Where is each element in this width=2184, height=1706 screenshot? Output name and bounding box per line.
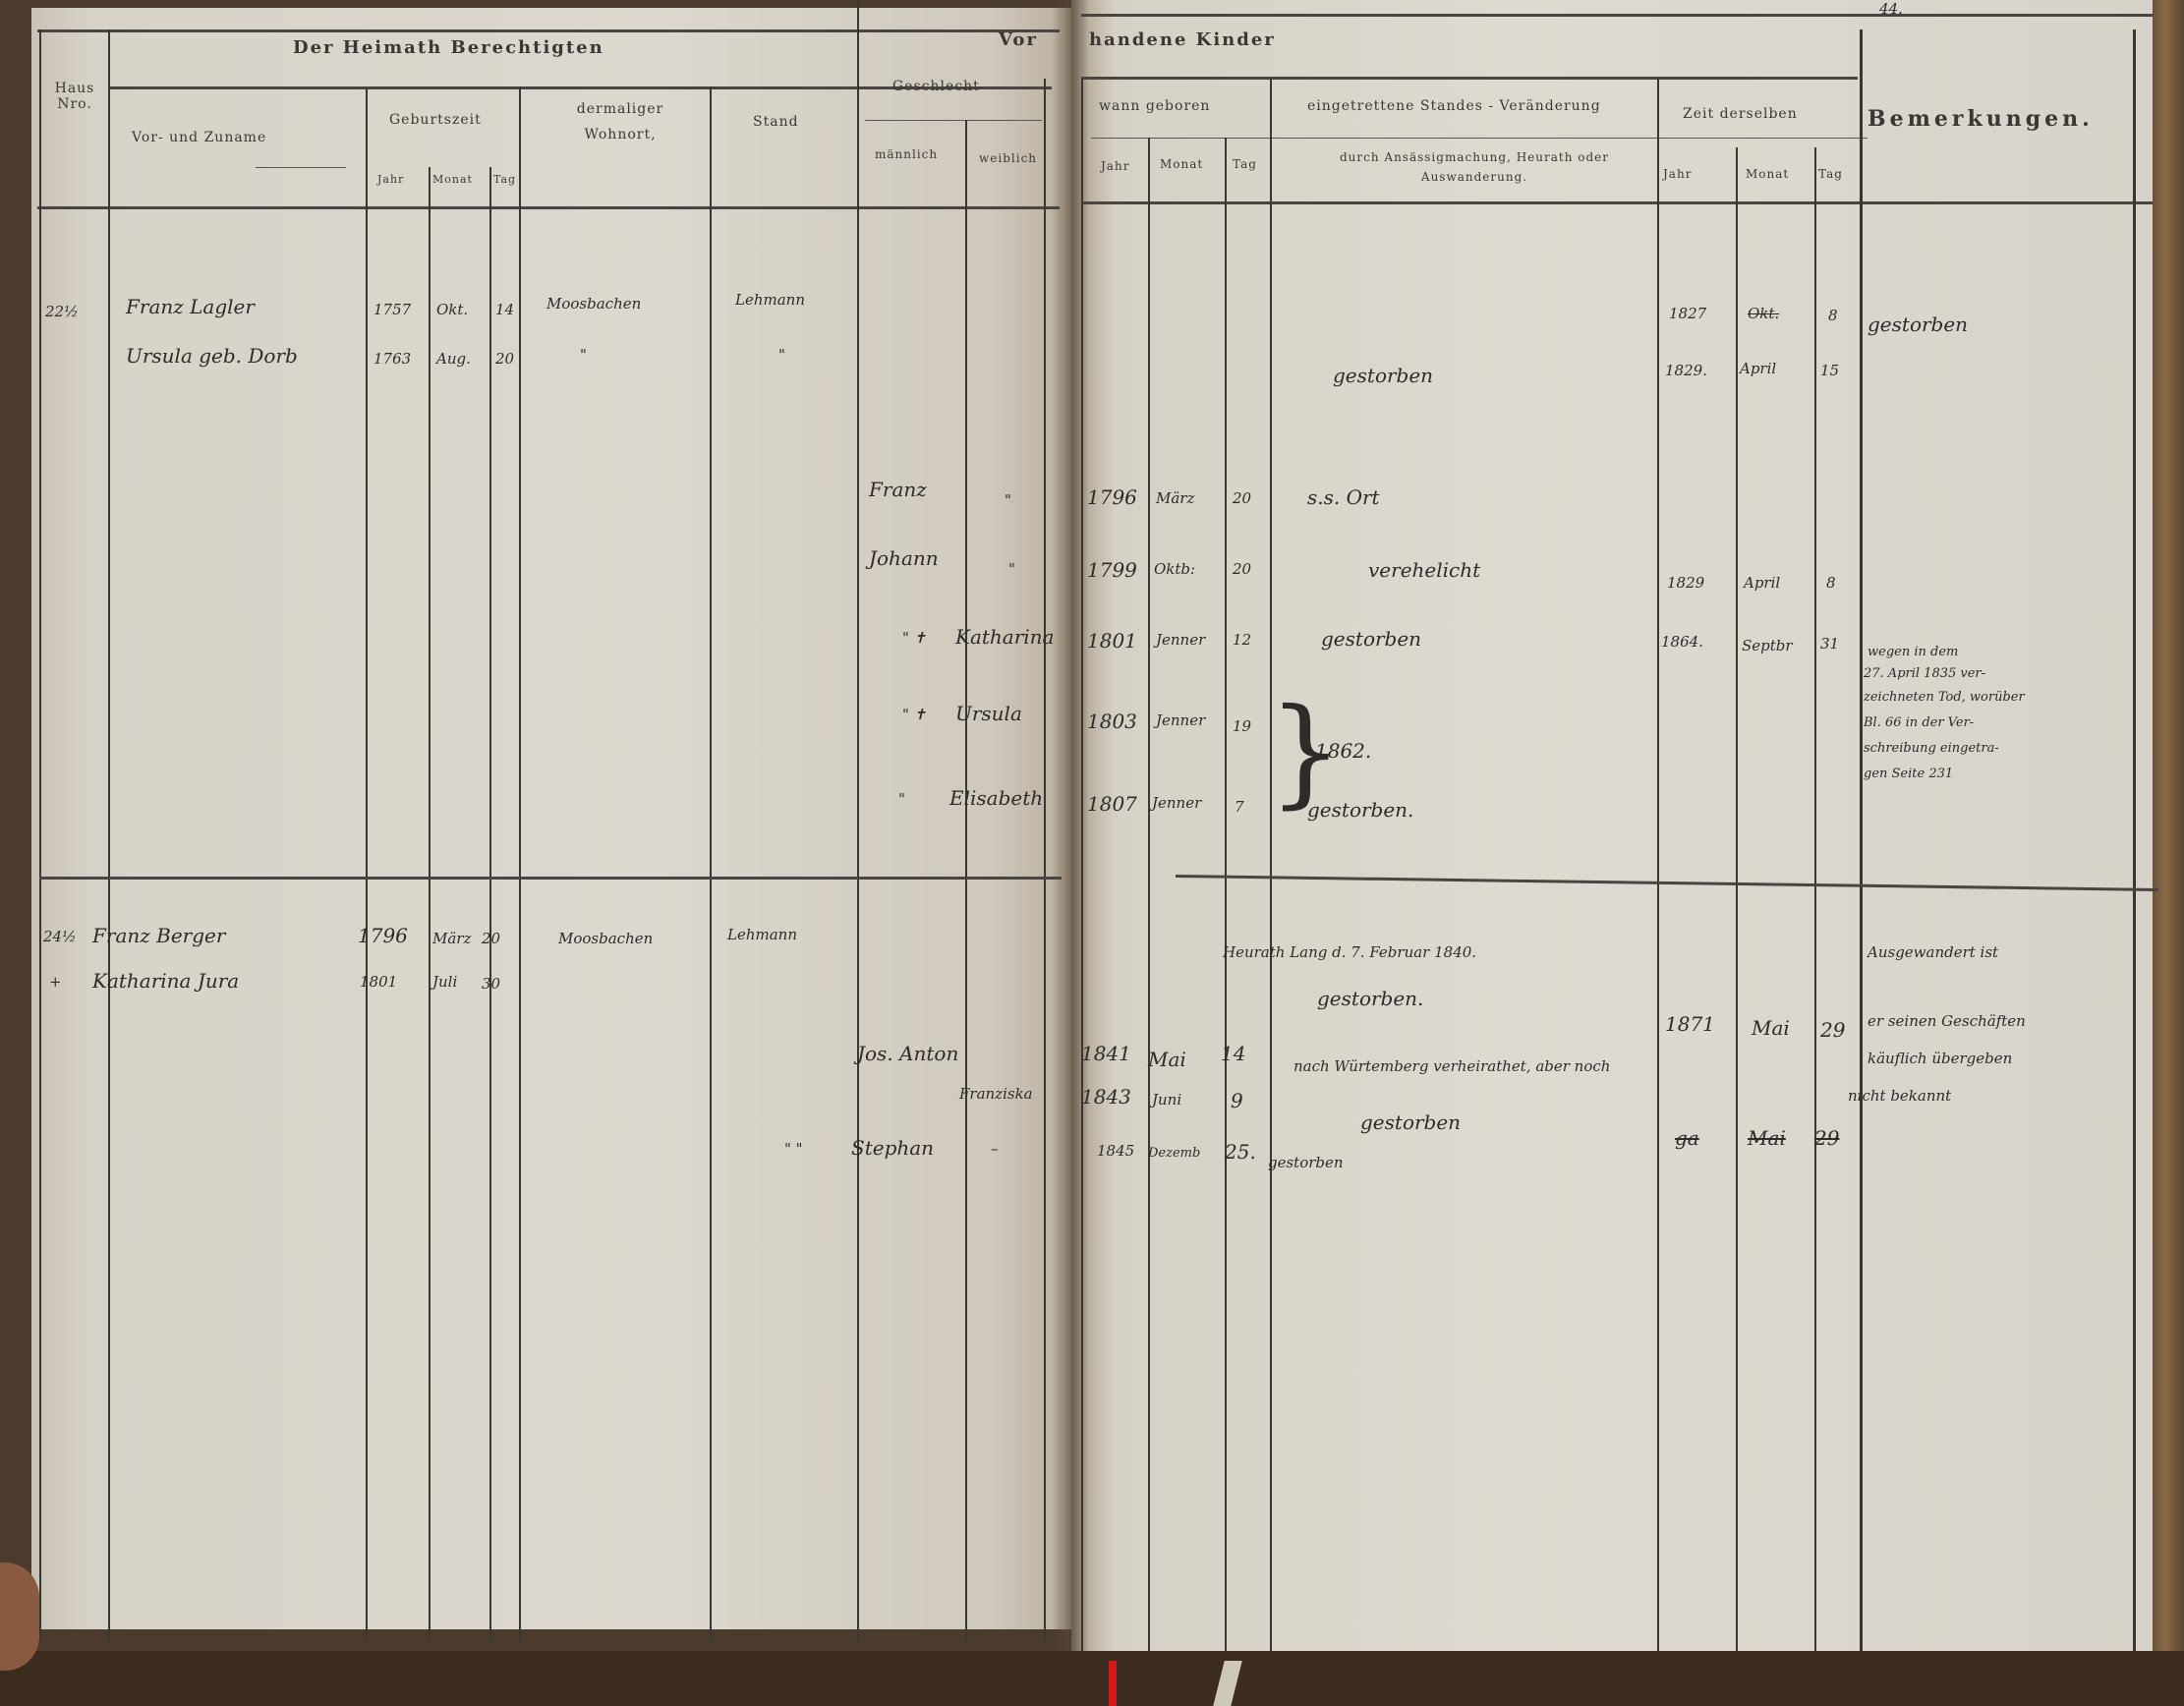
col-rule [1814,147,1816,1651]
entry1-child1-jahr: 1796 [1087,485,1137,509]
entry1-child5-prefix: " [898,790,905,808]
entry1-haus-nro: 22½ [45,303,79,320]
rule-top-right [1081,14,2153,17]
col-zeit-tag: Tag [1818,167,1843,181]
entry1-child3-zeit-tag: 31 [1820,635,1839,653]
entry2-bemerkung-line3: käuflich übergeben [1868,1050,2012,1067]
entry2-child1-zeit-jahr: 1871 [1665,1012,1715,1036]
title-left: Der Heimath Berechtigten [293,37,604,58]
rule-sub-right [1091,138,1868,139]
book-cover-edge [2153,0,2184,1706]
col-rule [1225,138,1227,1651]
entry1-child3-veraenderung: gestorben [1321,627,1421,651]
col-rule [2133,29,2136,1651]
rule-geschl-sub [865,120,1042,121]
col-kind-monat: Monat [1160,157,1203,171]
entry2-person1-tag: 20 [482,930,500,947]
entry-divider-left [39,877,1062,880]
entry1-child3-zeit-jahr: 1864. [1661,633,1703,651]
col-standes-veraenderung: eingetrettene Standes - Veränderung [1307,98,1601,114]
col-rule [710,86,712,1641]
entry1-child1-tag: 20 [1233,489,1251,507]
entry2-person2-prefix: + [49,973,62,991]
col-rule [1148,138,1150,1651]
col-rule [1860,29,1863,1651]
entry1-child4-tag: 19 [1233,717,1251,735]
right-page [1071,0,2162,1651]
col-geburtszeit: Geburtszeit [389,112,482,128]
entry1-child3-weiblich: Katharina [955,625,1054,649]
entry2-child1-zeit-tag: 29 [1820,1018,1845,1042]
col-maennlich: männlich [875,147,938,161]
entry1-child4-jahr: 1803 [1087,710,1137,733]
entry2-child3-zeit-jahr: ga [1675,1126,1699,1150]
entry1-person1-zeit-monat: Okt. [1748,305,1779,322]
entry1-person2-monat: Aug. [436,350,471,368]
entry1-child2-veraenderung: verehelicht [1368,558,1480,582]
entry2-bemerkung-line4: nicht bekannt [1848,1087,1951,1105]
entry2-child1-zeit-monat: Mai [1752,1016,1790,1040]
entry2-child2-veraenderung: gestorben [1360,1110,1461,1134]
entry1-child2-weiblich: " [1008,560,1015,578]
entry1-person1-wohnort: Moosbachen [546,295,641,313]
entry2-child1-tag: 14 [1221,1042,1245,1065]
col-rule [1270,79,1272,1651]
col-wohnort: dermaliger Wohnort, [546,96,694,147]
entry1-child5-weiblich: Elisabeth [949,786,1043,810]
col-rule [366,88,368,1641]
entry2-child1-veraenderung: nach Würtemberg verheirathet, aber noch [1293,1057,1610,1075]
entry1-child4-prefix: " ✝ [902,706,926,723]
col-haus-nro: Haus Nro. [43,81,106,112]
entry2-person1-wohnort: Moosbachen [558,930,653,947]
entry1-child3-monat: Jenner [1156,631,1205,649]
brace-grouping: } [1268,694,1343,812]
entry2-person1-monat: März [432,930,471,947]
col-stand: Stand [753,114,799,130]
entry1-bemerkung-line5: schreibung eingetra- [1864,741,1999,756]
col-standes-sub: durch Ansässigmachung, Heurath oder Ausw… [1317,147,1632,187]
entry1-child2-zeit-monat: April [1744,574,1780,592]
entry2-child3-veraenderung: gestorben [1268,1154,1344,1171]
rule-header-bottom-left [37,206,1060,209]
entry2-person1-name: Franz Berger [92,924,225,947]
entry1-person1-jahr: 1757 [374,301,411,318]
rule-title-right [1081,77,1858,80]
entry1-person1-bemerkung: gestorben [1868,313,1968,336]
entry2-person1-stand: Lehmann [727,926,797,943]
entry1-person1-stand: Lehmann [735,291,805,309]
entry1-child2-monat: Oktb: [1154,560,1195,578]
entry1-child3-jahr: 1801 [1087,629,1137,653]
col-rule [519,86,521,1641]
col-rule [489,167,491,1641]
entry1-person2-zeit-monat: April [1740,360,1776,377]
rule-header-bottom-right [1081,201,2153,204]
entry1-child3-prefix: " ✝ [902,629,926,647]
entry1-child2-tag: 20 [1233,560,1251,578]
entry2-child1-jahr: 1841 [1081,1042,1131,1065]
entry1-child2-zeit-jahr: 1829 [1667,574,1704,592]
entry2-child3-zeit-monat: Mai [1748,1126,1786,1150]
col-geb-jahr: Jahr [377,173,404,186]
entry1-person2-name: Ursula geb. Dorb [126,344,298,368]
col-wann-geboren: wann geboren [1099,98,1210,114]
entry1-child4-weiblich: Ursula [955,702,1022,725]
col-rule [1081,79,1083,1651]
entry1-person2-stand: " [778,346,785,364]
col-geb-tag: Tag [493,173,516,186]
col-rule [965,120,967,1641]
col-weiblich: weiblich [979,151,1037,165]
col-rule [108,29,110,1641]
book-bottom-edge [0,1651,2184,1706]
entry2-child3-monat: Dezemb [1148,1146,1200,1161]
col-zeit-monat: Monat [1746,167,1789,181]
entry1-bemerkung-line2: 27. April 1835 ver- [1864,666,1985,681]
entry2-haus-nro: 24½ [43,928,77,945]
entry2-child3-maennlich: Stephan [851,1136,934,1160]
entry1-child3-tag: 12 [1233,631,1251,649]
entry1-person2-veraenderung: gestorben [1333,364,1433,387]
register-spread: 44. Der Heimath Berechtigten Vor handene… [0,0,2184,1706]
entry2-child2-tag: 9 [1231,1089,1243,1112]
entry1-bemerkung-line6: gen Seite 231 [1864,767,1953,781]
entry2-child3-weiblich: – [991,1140,999,1158]
entry1-child2-maennlich: Johann [869,546,939,570]
rule-geb-sub [256,167,346,168]
col-bemerkungen: Bemerkungen. [1868,106,2094,132]
entry1-child5-jahr: 1807 [1087,792,1137,816]
entry2-person2-monat: Juli [432,973,457,991]
thumb [0,1563,39,1671]
entry2-person2-name: Katharina Jura [92,969,239,993]
entry2-child1-maennlich: Jos. Anton [857,1042,958,1065]
entry2-bemerkung-line2: er seinen Geschäften [1868,1012,2026,1030]
col-zeit-derselben: Zeit derselben [1683,106,1798,122]
col-zeit-jahr: Jahr [1663,167,1692,181]
col-name: Vor- und Zuname [132,130,266,145]
entry1-child2-jahr: 1799 [1087,558,1137,582]
entry2-child2-jahr: 1843 [1081,1085,1131,1109]
entry1-bemerkung-line4: Bl. 66 in der Ver- [1864,715,1974,730]
entry2-child3-prefix: " " [784,1140,803,1158]
entry2-person2-jahr: 1801 [360,973,397,991]
bookmark-ribbon-red [1109,1661,1117,1706]
book-spine [1052,0,1089,1706]
entry1-child2-zeit-tag: 8 [1826,574,1836,592]
title-right-part1: Vor [999,29,1038,50]
entry1-person2-tag: 20 [495,350,514,368]
entry1-bemerkung-line3: zeichneten Tod, worüber [1864,690,2025,705]
col-rule [857,0,859,1641]
entry1-person2-jahr: 1763 [374,350,411,368]
entry2-bemerkung-line1: Ausgewandert ist [1868,943,1998,961]
entry1-child5-tag: 7 [1235,798,1244,816]
entry1-person2-zeit-jahr: 1829. [1665,362,1707,379]
entry2-child2-weiblich: Franziska [959,1085,1033,1103]
entry1-child1-monat: März [1156,489,1194,507]
entry2-child2-monat: Juni [1152,1091,1181,1109]
col-rule [1657,79,1659,1651]
col-kind-tag: Tag [1233,157,1257,171]
entry1-person1-name: Franz Lagler [126,295,255,318]
entry2-veraenderung-second: gestorben. [1317,987,1423,1010]
entry2-person1-jahr: 1796 [358,924,408,947]
entry1-child1-veraenderung: s.s. Ort [1307,485,1380,509]
entry1-person2-wohnort: " [580,346,587,364]
col-rule [1736,147,1738,1651]
entry1-child4-monat: Jenner [1156,711,1205,729]
col-rule [39,29,41,1641]
title-right-part2: handene Kinder [1089,29,1276,50]
col-geschlecht: Geschlecht [892,79,980,94]
rule-top-left [37,29,1060,32]
entry1-person1-zeit-tag: 8 [1828,307,1838,324]
entry2-veraenderung-top: Heurath Lang d. 7. Februar 1840. [1223,943,1476,961]
col-rule [429,167,431,1641]
entry1-child1-weiblich: " [1005,491,1011,509]
entry2-person2-tag: 30 [482,975,500,993]
entry1-child5-monat: Jenner [1152,794,1201,812]
entry1-child1-maennlich: Franz [869,478,927,501]
col-kind-jahr: Jahr [1101,159,1129,173]
entry1-child3-zeit-monat: Septbr [1742,637,1793,654]
entry1-person1-zeit-jahr: 1827 [1669,305,1706,322]
col-rule [1044,79,1046,1641]
entry2-child3-zeit-tag: 29 [1814,1126,1839,1150]
col-geb-monat: Monat [432,173,473,186]
entry1-person1-tag: 14 [495,301,514,318]
entry2-child1-monat: Mai [1148,1048,1186,1071]
entry1-person2-zeit-tag: 15 [1820,362,1839,379]
entry1-bemerkung-line1: wegen in dem [1868,645,1958,659]
left-page [31,8,1071,1629]
entry1-person1-monat: Okt. [436,301,468,318]
entry2-child3-tag: 25. [1225,1140,1256,1164]
entry2-child3-jahr: 1845 [1097,1142,1134,1160]
